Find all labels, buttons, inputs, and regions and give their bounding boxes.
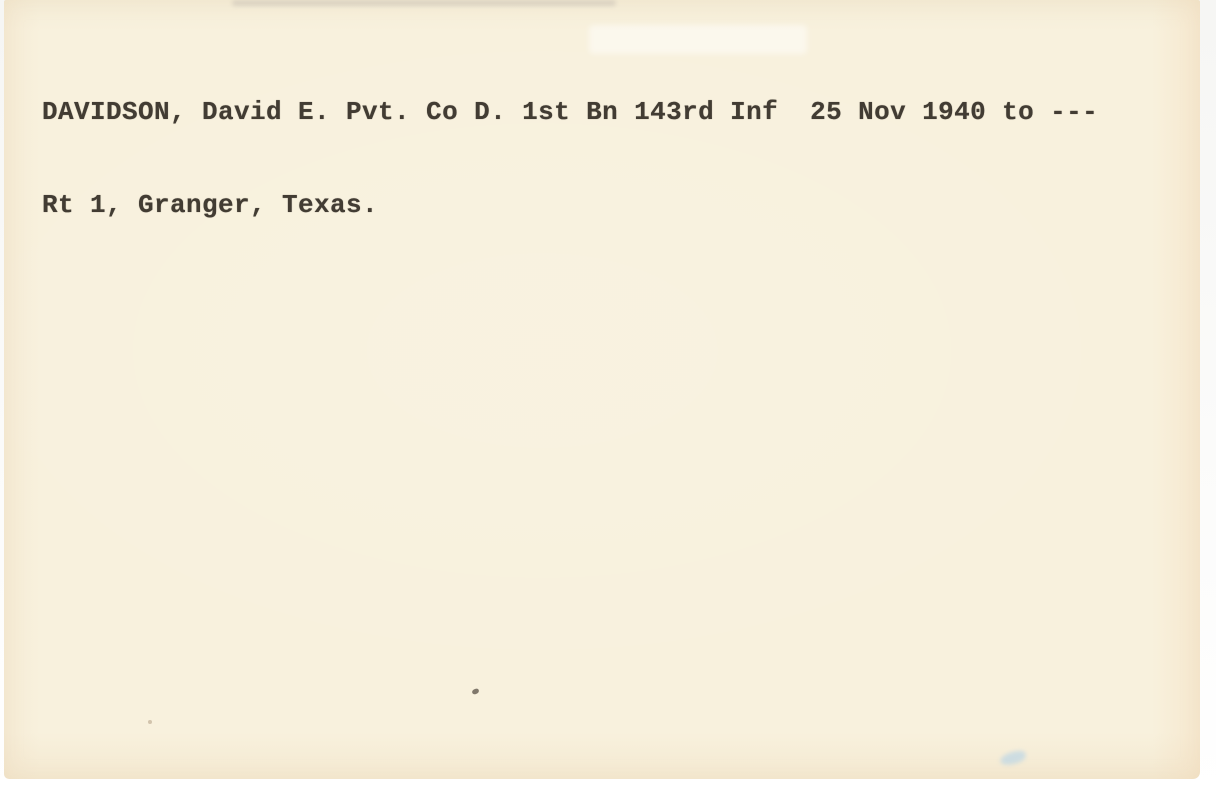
scanned-document: DAVIDSON, David E. Pvt. Co D. 1st Bn 143… — [0, 0, 1216, 798]
index-card: DAVIDSON, David E. Pvt. Co D. 1st Bn 143… — [4, 0, 1200, 779]
scan-edge-shadow — [232, 0, 616, 6]
blue-smudge — [999, 749, 1027, 767]
ink-speck — [471, 688, 479, 695]
card-line-service-record: DAVIDSON, David E. Pvt. Co D. 1st Bn 143… — [42, 97, 1098, 128]
ink-speck-faint — [148, 720, 152, 724]
typed-text-block: DAVIDSON, David E. Pvt. Co D. 1st Bn 143… — [42, 35, 1098, 283]
card-line-address: Rt 1, Granger, Texas. — [42, 190, 1098, 221]
